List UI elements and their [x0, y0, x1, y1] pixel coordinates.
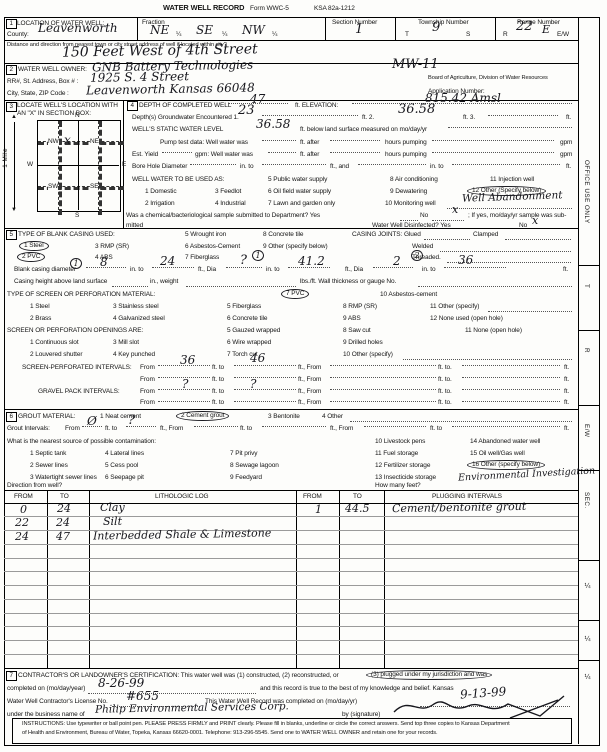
- pump-gpm: gpm: [560, 139, 572, 146]
- gpi-to-value: ?: [250, 378, 256, 390]
- fraction-3: NW: [242, 24, 265, 36]
- contam-option-10: 10 Livestock pens: [375, 438, 425, 445]
- township-value: 9: [432, 21, 440, 34]
- section2-number: 2: [6, 65, 17, 75]
- dotted-leader: [452, 157, 560, 165]
- contam-option-1: 1 Septic tank: [30, 450, 66, 457]
- casing-option-8: 8 Concrete tile: [263, 231, 303, 238]
- col-header-to: TO: [60, 493, 69, 500]
- range-value: 22: [516, 20, 533, 33]
- lith-row-desc: Silt: [103, 516, 122, 527]
- section-box-cross: [37, 165, 119, 166]
- dotted-leader: [190, 157, 236, 165]
- casing-weight-label: in., weight: [150, 278, 178, 285]
- dotted-leader: [452, 419, 560, 427]
- how-many-feet-label: How many feet?: [375, 482, 421, 489]
- lith-row-to: 47: [56, 531, 70, 542]
- divider: [325, 17, 326, 40]
- table-row-line: [4, 571, 578, 572]
- use-option-6: 6 Oil field water supply: [268, 188, 331, 195]
- openings-option-5: 5 Gauzed wrapped: [227, 327, 280, 334]
- gi-ft-to-2: ft. to: [240, 425, 252, 432]
- spi-from-label: From: [140, 364, 155, 371]
- static-level-value: 36.58: [256, 118, 290, 130]
- divider: [495, 17, 496, 40]
- strip-divider: [578, 265, 600, 266]
- water-well-record-form: WATER WELL RECORD Form WWC-5 KSA 82a-121…: [0, 0, 607, 752]
- pump-hours: hours pumping: [385, 139, 427, 146]
- spi2-ft-to-2: ft. to.: [438, 376, 452, 383]
- dotted-leader: [112, 279, 148, 287]
- dotted-leader: [158, 394, 210, 402]
- form-statute: KSA 82a-1212: [314, 5, 355, 12]
- divider: [4, 40, 578, 41]
- screen-option-11: 11 Other (specify): [430, 303, 479, 310]
- compass-w: W: [27, 161, 33, 168]
- dotted-leader: [262, 157, 326, 165]
- gpi2-ft-to: ft. to: [212, 399, 224, 406]
- plug-row-desc: Cement/bentonite grout: [392, 501, 526, 514]
- openings-option-8: 8 Saw cut: [343, 327, 371, 334]
- gpi2-ft-to-2: ft. to.: [438, 399, 452, 406]
- table-row-line: [4, 544, 578, 545]
- diameter-label: Blank casing diameter: [14, 266, 76, 273]
- openings-option-3: 3 Mill slot: [113, 339, 139, 346]
- instructions-line-1: INSTRUCTIONS: Use typewriter or ball poi…: [22, 721, 510, 727]
- screen-option-5: 5 Fiberglass: [227, 303, 261, 310]
- divider: [4, 228, 578, 229]
- mile-arrow-up: ▲: [11, 114, 17, 121]
- gi-ft-from: ft., From: [160, 425, 183, 432]
- gi-to-value: ?: [128, 414, 135, 427]
- screen-option-4: 4 Galvanized steel: [113, 315, 165, 322]
- use-option-2: 2 Irrigation: [145, 200, 175, 207]
- dotted-leader: [432, 213, 464, 221]
- spi2-from-label: From: [140, 376, 155, 383]
- license-label: Water Well Contractor's License No.: [7, 698, 108, 705]
- gpi2-ft-from: ft., From: [298, 399, 321, 406]
- dotted-leader: [234, 370, 296, 378]
- form-title: WATER WELL RECORD: [163, 4, 244, 12]
- section7-number: 7: [6, 671, 17, 681]
- lith-row-desc: Interbedded Shale & Limestone: [93, 527, 272, 541]
- dotted-leader: [440, 244, 571, 252]
- completed-on-label: completed on (mo/day/year): [7, 685, 85, 692]
- gpi2-from-label: From: [140, 399, 155, 406]
- plug-row-from: 1: [315, 504, 322, 515]
- office-quarter-2: ¼: [584, 636, 591, 643]
- use-option-1: 1 Domestic: [145, 188, 177, 195]
- dotted-leader: [330, 358, 436, 366]
- lith-row-from: 22: [15, 517, 29, 528]
- dotted-leader: [462, 382, 560, 390]
- openings-option-11: 11 None (open hole): [465, 327, 522, 334]
- owner-label: WATER WELL OWNER:: [18, 66, 87, 73]
- use-option-11: 11 Injection well: [490, 176, 534, 183]
- bore-ft: ft.: [566, 163, 571, 170]
- township-s: S: [466, 31, 470, 38]
- county-label: County:: [7, 31, 29, 38]
- spi-ft-from: ft., From: [298, 364, 321, 371]
- office-ew-label: E/W: [583, 424, 590, 437]
- grout-intervals-label: Grout Intervals:: [7, 425, 50, 432]
- spi-ft-to-2: ft. to.: [438, 364, 452, 371]
- compass-e: E: [122, 161, 126, 168]
- signature-scribble: [390, 694, 570, 720]
- dotted-leader: [262, 108, 358, 116]
- screen-option-2: 2 Brass: [30, 315, 51, 322]
- table-row-line: [4, 613, 578, 614]
- disinfected-no-mark: x: [532, 215, 538, 226]
- fraction-2: SE: [196, 24, 213, 36]
- dotted-leader: [162, 145, 192, 153]
- direction-label: Direction from well?: [7, 482, 62, 489]
- screen-material-label: TYPE OF SCREEN OR PERFORATION MATERIAL:: [7, 291, 155, 298]
- office-use-only-label: OFFICE USE ONLY: [583, 160, 590, 224]
- openings-option-4: 4 Key punched: [113, 351, 155, 358]
- use-option-5: 5 Public water supply: [268, 176, 327, 183]
- grout-label: GROUT MATERIAL:: [18, 413, 76, 420]
- dotted-leader: [462, 394, 560, 402]
- spi-ft-to: ft. to: [212, 364, 224, 371]
- strip-divider: [578, 560, 600, 561]
- table-row-line: [4, 516, 578, 517]
- contam-option-6: 6 Seepage pit: [105, 474, 144, 481]
- gpi-ft-to-2: ft. to.: [438, 388, 452, 395]
- gpi-from-value: ?: [182, 378, 188, 390]
- section6-number: 6: [6, 412, 17, 422]
- compass-s: S: [75, 212, 79, 219]
- bore-in-to-2: in. to: [430, 163, 444, 170]
- section5-number: 5: [6, 230, 17, 240]
- contam-option-3: 3 Watertight sewer lines: [30, 474, 97, 481]
- completed-date-value: 8-26-99: [98, 677, 144, 689]
- dotted-leader: [330, 145, 380, 153]
- openings-option-9: 9 Drilled holes: [343, 339, 383, 346]
- diameter-2-value: ?: [240, 254, 247, 267]
- divider: [395, 17, 396, 40]
- use-option-10: 10 Monitoring well: [385, 200, 436, 207]
- well-location-mark: x: [64, 134, 71, 146]
- quadrant-sw: SW: [48, 183, 58, 190]
- yield-label: Est. Yield: [132, 151, 158, 158]
- diameter-in-to-1: in. to: [130, 266, 144, 273]
- spi-to-value: 46: [250, 352, 265, 364]
- sample-rest: ; If yes, mo/day/yr sample was sub-: [468, 212, 566, 219]
- use-option-3: 3 Feedlot: [215, 188, 241, 195]
- contam-option-13: 13 Insecticide storage: [375, 474, 436, 481]
- compass-n: N: [75, 112, 80, 119]
- screen-option-6: 6 Concrete tile: [227, 315, 267, 322]
- dotted-leader: [505, 232, 571, 240]
- strip-divider: [578, 620, 600, 621]
- contam-option-2: 2 Sewer lines: [30, 462, 68, 469]
- diameter-in-to-3: in. to: [422, 266, 436, 273]
- address-label: RR#, St. Address, Box # :: [7, 78, 78, 85]
- gpi-ft-to: ft. to: [212, 388, 224, 395]
- city-value: Leavenworth Kansas 66048: [86, 82, 255, 97]
- divider: [4, 63, 578, 64]
- screen-option-9: 9 ABS: [343, 315, 361, 322]
- table-row-line: [4, 585, 578, 586]
- dotted-leader: [262, 133, 296, 141]
- gi-ft-from-2: ft., From: [330, 425, 353, 432]
- pump-ft-after: ft. after: [300, 139, 319, 146]
- strip-divider: [578, 405, 600, 406]
- range-r: R: [503, 31, 508, 38]
- casing-option-5: 5 Wrought iron: [185, 231, 226, 238]
- instructions-line-2: of Health and Environment, Bureau of Wat…: [22, 730, 438, 736]
- casing-joints-label: CASING JOINTS: Glued: [352, 231, 421, 238]
- spi2-ft: ft.: [564, 376, 569, 383]
- board-label: Board of Agriculture, Division of Water …: [428, 75, 548, 81]
- col-header-to-2: TO: [353, 493, 362, 500]
- openings-option-6: 6 Wire wrapped: [227, 339, 271, 346]
- groundwater-2-label: ft. 2.: [362, 114, 374, 121]
- strip-divider: [578, 660, 600, 661]
- sample-question: Was a chemical/bacteriological sample su…: [126, 212, 320, 219]
- dotted-leader: [234, 394, 296, 402]
- gpi2-ft: ft.: [564, 399, 569, 406]
- mile-line: [14, 122, 15, 208]
- gpi-from-label: From: [140, 388, 155, 395]
- record-true-text: and this record is true to the best of m…: [260, 685, 454, 692]
- groundwater-2: 36.58: [398, 103, 435, 116]
- dotted-leader: [330, 370, 436, 378]
- casing-label: TYPE OF BLANK CASING USED:: [18, 231, 115, 238]
- dotted-leader: [358, 157, 426, 165]
- dotted-leader: [418, 279, 572, 287]
- gi-ft-to-3: ft. to: [430, 425, 442, 432]
- col-header-plugging: PLUGGING INTERVALS: [432, 493, 502, 500]
- divider: [137, 17, 138, 40]
- casing-option-1-circled: 1 Steel: [19, 241, 49, 251]
- fraction-1: NE: [150, 24, 169, 36]
- section-number-value: 1: [355, 23, 363, 36]
- county-value: Leavenworth: [38, 22, 118, 34]
- dotted-leader: [364, 419, 426, 427]
- diameter-to-3-value: 36: [458, 254, 473, 266]
- dotted-leader: [488, 108, 558, 116]
- quarter-2: ¼: [222, 31, 227, 38]
- office-quarter-1: ¼: [584, 583, 591, 590]
- openings-option-1: 1 Continuous slot: [30, 339, 79, 346]
- office-sec-label: SEC.: [583, 492, 590, 509]
- contam-option-12: 12 Fertilizer storage: [375, 462, 430, 469]
- contam-option-9: 9 Feedyard: [230, 474, 262, 481]
- dotted-leader: [262, 419, 326, 427]
- sample-no-label: No: [420, 212, 428, 219]
- gi-from-value: Ø: [87, 415, 97, 427]
- certification-text: CONTRACTOR'S OR LANDOWNER'S CERTIFICATIO…: [18, 672, 339, 679]
- contam-option-11: 11 Fuel storage: [375, 450, 418, 457]
- dotted-leader: [488, 304, 572, 312]
- use-label: WELL WATER TO BE USED AS:: [132, 176, 224, 183]
- quarter-1: ¼: [176, 31, 181, 38]
- screen-option-1: 1 Steel: [30, 303, 50, 310]
- use-option-9: 9 Dewatering: [390, 188, 427, 195]
- table-row-line: [4, 558, 578, 559]
- casing-clamped-label: Clamped: [473, 231, 498, 238]
- static-level-label: WELL'S STATIC WATER LEVEL: [132, 126, 223, 133]
- casing-option-9: 9 Other (specify below): [263, 243, 328, 250]
- table-row-line: [4, 640, 578, 641]
- dotted-leader: [330, 382, 436, 390]
- lith-row-from: 24: [15, 531, 29, 542]
- bore-label: Bore Hole Diameter: [132, 163, 187, 170]
- dotted-leader: [448, 120, 572, 128]
- lith-row-to: 24: [57, 503, 71, 514]
- casing-option-3: 3 RMP (SR): [95, 243, 129, 250]
- spi-from-value: 36: [180, 354, 195, 366]
- dotted-leader: [234, 382, 296, 390]
- depth-label: DEPTH OF COMPLETED WELL: [139, 102, 231, 109]
- screen-option-3: 3 Stainless steel: [113, 303, 159, 310]
- spi2-ft-to: ft. to: [212, 376, 224, 383]
- city-label: City, State, ZIP Code :: [7, 90, 69, 97]
- screen-intervals-label: SCREEN-PERFORATED INTERVALS:: [22, 364, 132, 371]
- casing-threaded-label: Threaded.: [412, 254, 441, 261]
- mile-label: 1 Mile: [2, 148, 9, 168]
- gi-ft-to: ft. to: [105, 425, 117, 432]
- section-box-dashed-line: [98, 121, 102, 215]
- diameter-ft-dia-2: ft., Dia: [345, 266, 363, 273]
- dotted-leader: [268, 145, 296, 153]
- col-header-from: FROM: [14, 493, 33, 500]
- township-t: T: [405, 31, 409, 38]
- plug-row-to: 44.5: [345, 503, 370, 514]
- spi2-ft-from: ft., From: [298, 376, 321, 383]
- dotted-leader: [330, 394, 436, 402]
- section3-number: 3: [6, 102, 17, 112]
- contam-option-7: 7 Pit privy: [230, 450, 257, 457]
- section3-title-1: LOCATE WELL'S LOCATION WITH: [17, 102, 118, 109]
- dotted-leader: [400, 213, 418, 221]
- lith-row-from: 0: [20, 504, 27, 515]
- license-value: #655: [126, 690, 159, 702]
- office-strip-divider: [578, 17, 579, 744]
- groundwater-label: Depth(s) Groundwater Encountered 1.: [132, 114, 239, 121]
- dotted-leader: [432, 145, 554, 153]
- range-ew: E/W: [557, 31, 569, 38]
- gpi-ft: ft.: [564, 388, 569, 395]
- strip-divider: [578, 330, 600, 331]
- use-option-8: 8 Air conditioning: [390, 176, 438, 183]
- section4-number: 4: [127, 101, 138, 111]
- quarter-3: ¼: [272, 31, 277, 38]
- use-option-7: 7 Lawn and garden only: [268, 200, 335, 207]
- section1-number: 1: [6, 19, 17, 29]
- diameter-in-to-2: in. to: [266, 266, 280, 273]
- gi-ft: ft.: [564, 425, 569, 432]
- contam-option-4: 4 Lateral lines: [105, 450, 144, 457]
- gpi-ft-from: ft., From: [298, 388, 321, 395]
- contam-option-14: 14 Abandoned water well: [470, 438, 540, 445]
- form-number: Form WWC-5: [250, 5, 289, 12]
- dotted-leader: [330, 133, 380, 141]
- col-header-from-2: FROM: [303, 493, 322, 500]
- diameter-1-value: 8: [100, 256, 108, 268]
- col-header-lithologic: LITHOLOGIC LOG: [155, 493, 209, 500]
- use-option-4: 4 Industrial: [215, 200, 246, 207]
- groundwater-1: 23: [238, 104, 255, 117]
- contam-option-5: 5 Cess pool: [105, 462, 138, 469]
- dotted-leader: [424, 232, 470, 240]
- dotted-leader: [444, 260, 506, 268]
- table-row-line: [4, 599, 578, 600]
- quadrant-se: SE: [90, 183, 98, 190]
- contam-option-8: 8 Sewage lagoon: [230, 462, 279, 469]
- office-quarter-3: ¼: [584, 674, 591, 681]
- table-row-line: [4, 626, 578, 627]
- casing-height-label: Casing height above land surface: [14, 278, 107, 285]
- section-box-dashed-line: [58, 121, 62, 215]
- table-row-line: [4, 530, 578, 531]
- contamination-label: What is the nearest source of possible c…: [7, 438, 156, 445]
- section-box: [37, 120, 121, 212]
- strip-divider: [578, 470, 600, 471]
- divider: [4, 409, 578, 410]
- dotted-leader: [462, 370, 560, 378]
- table-row-line: [4, 654, 578, 655]
- lith-row-to: 24: [56, 517, 70, 528]
- well-id-value: MW-11: [392, 58, 439, 71]
- office-t-label: T: [583, 284, 590, 288]
- diameter-3-value: 2: [393, 255, 401, 267]
- gi-from-label: From: [65, 425, 80, 432]
- bore-ft-and: ft., and: [330, 163, 349, 170]
- sample-no-mark: x: [452, 204, 458, 215]
- township-label: Township Number: [418, 19, 469, 26]
- bore-in-to: in. to: [240, 163, 254, 170]
- dotted-leader: [462, 358, 560, 366]
- table-top-border: [4, 490, 578, 491]
- dotted-leader: [186, 279, 296, 287]
- screen-option-8: 8 RMP (SR): [343, 303, 377, 310]
- screen-option-12: 12 None used (open hole): [430, 315, 503, 322]
- diameter-to-1-value: 24: [160, 255, 175, 267]
- spi-ft: ft.: [564, 364, 569, 371]
- table-bottom-border: [4, 668, 578, 669]
- quadrant-nw: NW: [48, 138, 59, 145]
- lith-row-desc: Clay: [100, 502, 125, 513]
- dotted-leader: [432, 133, 554, 141]
- diameter-ft: ft.: [563, 266, 568, 273]
- office-r-label: R: [583, 348, 590, 353]
- contam-option-15: 15 Oil well/Gas well: [470, 450, 525, 457]
- diameter-ft-dia-1: ft., Dia: [198, 266, 216, 273]
- openings-option-2: 2 Louvered shutter: [30, 351, 82, 358]
- yield-gpm: gpm: [560, 151, 572, 158]
- wall-thickness-label: lbs./ft. Wall thickness or gauge No.: [300, 278, 396, 285]
- gravel-pack-label: GRAVEL PACK INTERVALS:: [38, 388, 120, 395]
- range-direction: E: [542, 24, 550, 35]
- mile-arrow-down: ▼: [11, 207, 17, 214]
- dotted-leader: [194, 419, 238, 427]
- diameter-to-2-value: 41.2: [298, 255, 325, 267]
- openings-label: SCREEN OR PERFORATION OPENINGS ARE:: [7, 327, 143, 334]
- screen-option-10: 10 Asbestos-cement: [380, 291, 437, 298]
- quadrant-ne: NE: [90, 138, 99, 145]
- casing-option-6: 6 Asbestos-Cement: [185, 243, 240, 250]
- elevation-value: 815.42 Amsl: [425, 92, 501, 104]
